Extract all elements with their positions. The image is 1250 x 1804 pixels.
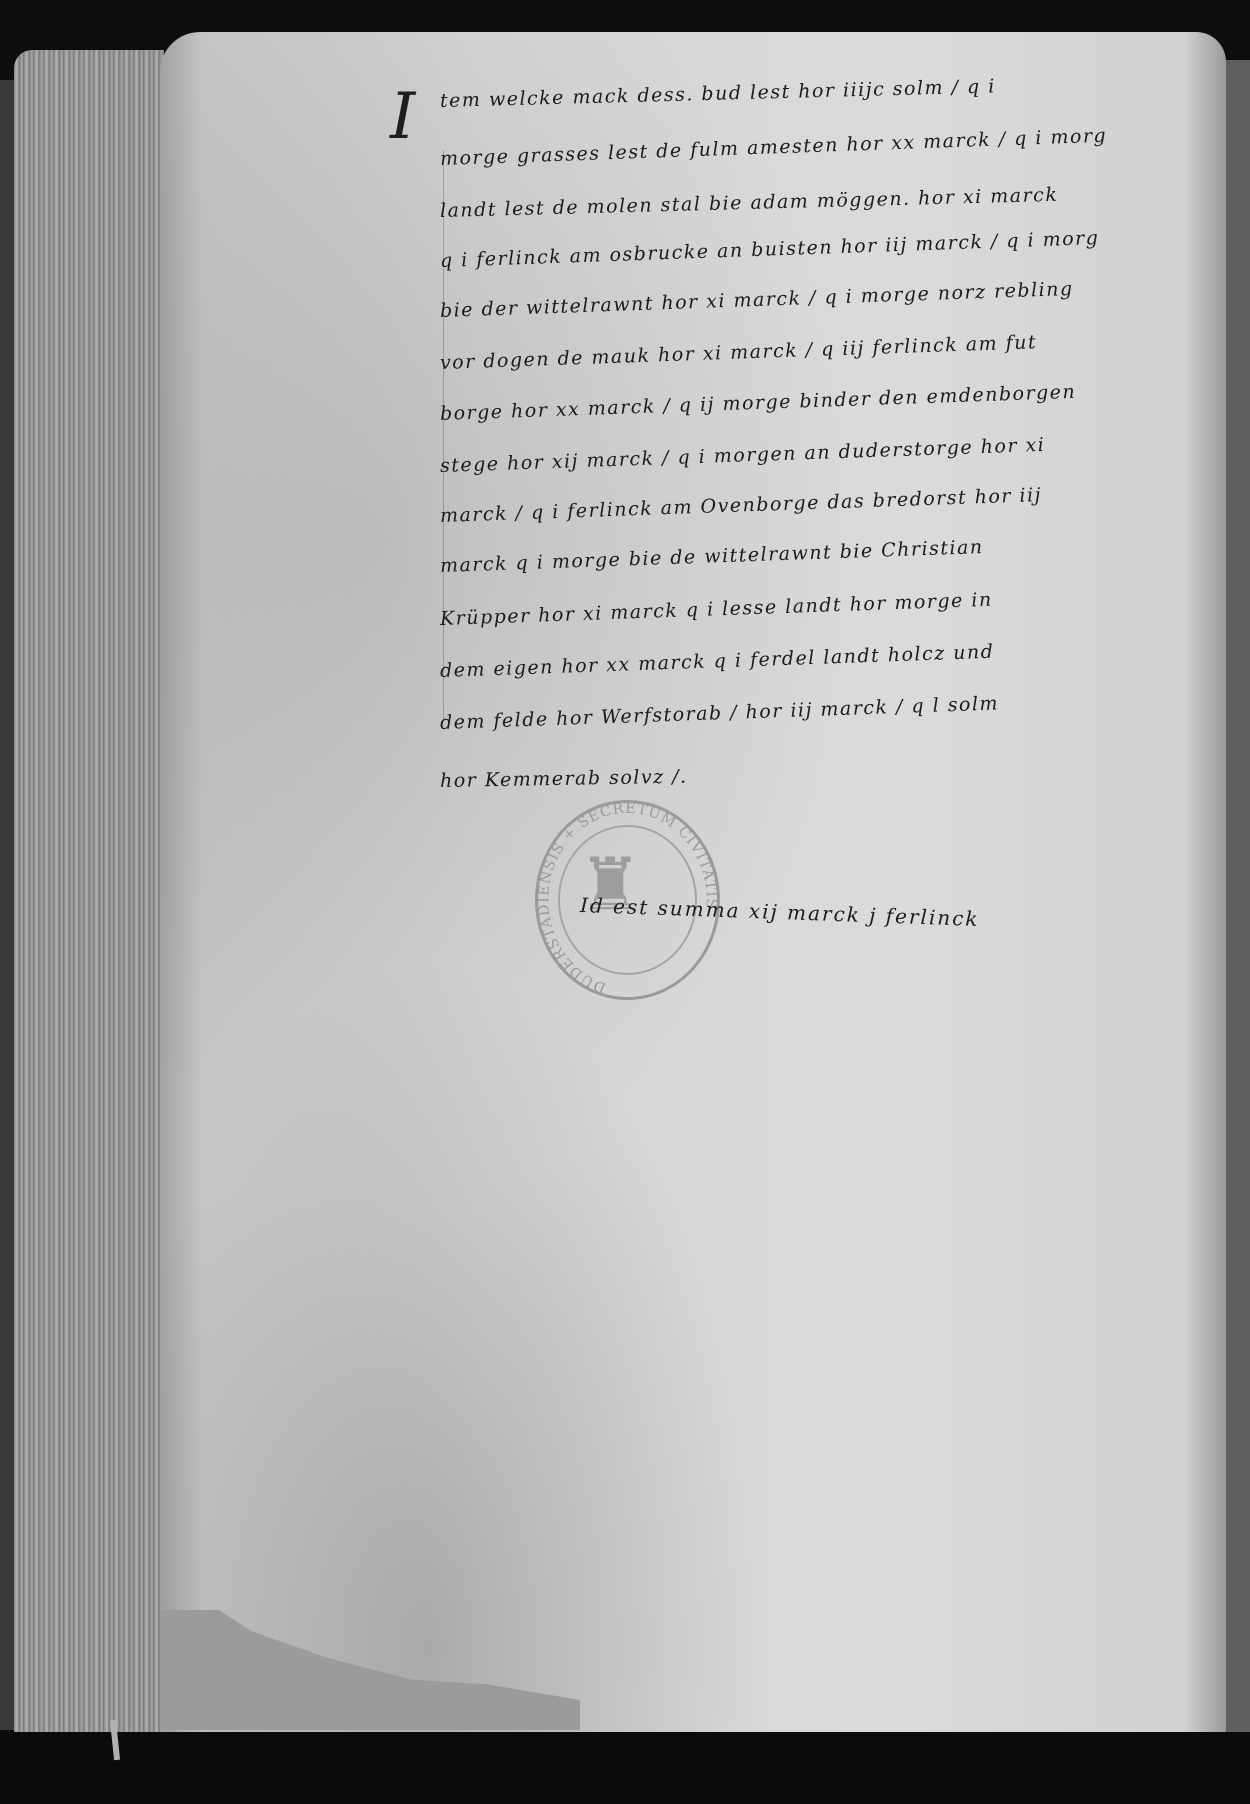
right-page-edge <box>1226 60 1250 1740</box>
margin-rule <box>443 150 444 720</box>
text-line: hor Kemmerab solvz /. <box>440 766 688 792</box>
bottom-background <box>0 1732 1250 1804</box>
page-stack <box>14 50 164 1740</box>
decorated-initial: I <box>390 80 415 154</box>
